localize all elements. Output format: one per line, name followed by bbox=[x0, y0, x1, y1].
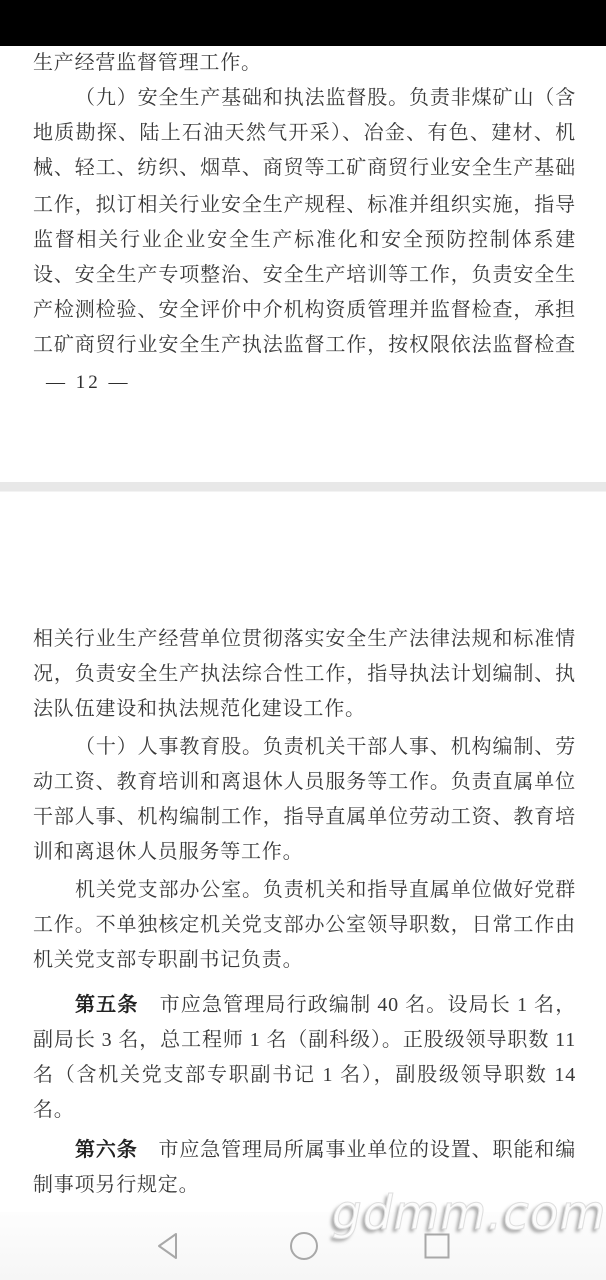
text-line: 工矿商贸行业安全生产执法监督工作，按权限依法监督检查 bbox=[33, 331, 576, 361]
text-line: 动工资、教育培训和离退休人员服务等工作。负责直属单位 bbox=[33, 768, 576, 798]
text-line: 设、安全生产专项整治、安全生产培训等工作，负责安全生 bbox=[33, 261, 576, 291]
back-triangle-icon bbox=[155, 1231, 181, 1261]
nav-home-button[interactable] bbox=[282, 1224, 326, 1268]
text-line: （十）人事教育股。负责机关干部人事、机构编制、劳 bbox=[75, 733, 576, 763]
text-line: 地质勘探、陆上石油天然气开采）、冶金、有色、建材、机 bbox=[33, 119, 576, 149]
page-separator bbox=[0, 482, 606, 492]
text-line: 干部人事、机构编制工作，指导直属单位劳动工资、教育培 bbox=[33, 803, 576, 833]
watermark: gdmm.com bbox=[332, 1186, 606, 1241]
nav-back-button[interactable] bbox=[146, 1224, 190, 1268]
text-line-article-6: 第六条 市应急管理局所属事业单位的设置、职能和编 bbox=[75, 1136, 576, 1166]
document-viewer-screen: 生产经营监督管理工作。 （九）安全生产基础和执法监督股。负责非煤矿山（含 地质勘… bbox=[0, 0, 606, 1280]
text-line: 训和离退休人员服务等工作。 bbox=[33, 838, 576, 868]
article-text: 市应急管理局行政编制 40 名。设局长 1 名， bbox=[138, 994, 576, 1016]
text-line: 产检测检验、安全评价中介机构资质管理并监督检查，承担 bbox=[33, 296, 576, 326]
text-line: 工作。不单独核定机关党支部办公室领导职数，日常工作由 bbox=[33, 911, 576, 941]
text-line: 械、轻工、纺织、烟草、商贸等工矿商贸行业安全生产基础 bbox=[33, 154, 576, 184]
text-line: 生产经营监督管理工作。 bbox=[33, 49, 576, 79]
text-line: 名（含机关党支部专职副书记 1 名），副股级领导职数 14 bbox=[33, 1061, 576, 1091]
article-text: 市应急管理局所属事业单位的设置、职能和编 bbox=[138, 1139, 576, 1161]
text-line: 况，负责安全生产执法综合性工作，指导执法计划编制、执 bbox=[33, 660, 576, 690]
text-line-article-5: 第五条 市应急管理局行政编制 40 名。设局长 1 名， bbox=[75, 991, 576, 1021]
text-line: 名。 bbox=[33, 1096, 576, 1126]
text-line: 监督相关行业企业安全生产标准化和安全预防控制体系建 bbox=[33, 226, 576, 256]
text-line: 副局长 3 名，总工程师 1 名（副科级）。正股级领导职数 11 bbox=[33, 1026, 576, 1056]
text-line: 法队伍建设和执法规范化建设工作。 bbox=[33, 695, 576, 725]
home-circle-icon bbox=[289, 1231, 319, 1261]
article-number-bold: 第五条 bbox=[75, 994, 138, 1016]
text-line: （九）安全生产基础和执法监督股。负责非煤矿山（含 bbox=[75, 84, 576, 114]
article-number-bold: 第六条 bbox=[75, 1139, 138, 1161]
status-bar bbox=[0, 0, 606, 46]
text-line: 相关行业生产经营单位贯彻落实安全生产法律法规和标准情 bbox=[33, 625, 576, 655]
text-line: 机关党支部办公室。负责机关和指导直属单位做好党群 bbox=[75, 876, 576, 906]
page-number: — 12 — bbox=[46, 372, 131, 394]
text-line: 工作，拟订相关行业安全生产规程、标准并组织实施，指导 bbox=[33, 191, 576, 221]
text-line: 机关党支部专职副书记负责。 bbox=[33, 946, 576, 976]
